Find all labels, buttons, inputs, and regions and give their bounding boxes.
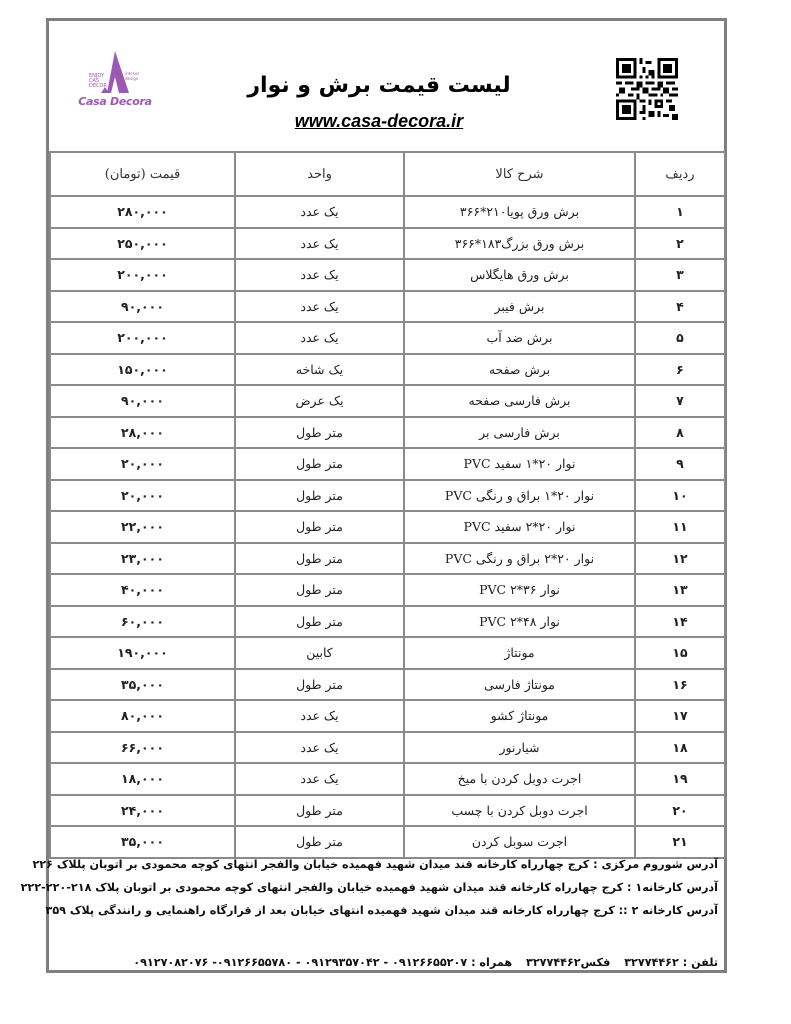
row-number: ۱۲ xyxy=(635,543,725,575)
item-description: برش صفحه xyxy=(404,354,635,386)
item-price: ۲۴,۰۰۰ xyxy=(50,795,235,827)
item-unit: متر طول xyxy=(235,480,404,512)
item-unit: کابین xyxy=(235,637,404,669)
column-header-row-number: ردیف xyxy=(635,152,725,196)
table-row: ۴برش فیبریک عدد۹۰,۰۰۰ xyxy=(50,291,725,323)
item-description: برش ضد آب xyxy=(404,322,635,354)
website-link[interactable]: www.casa-decora.ir xyxy=(219,111,539,132)
column-header-description: شرح کالا xyxy=(404,152,635,196)
item-price: ۳۵,۰۰۰ xyxy=(50,669,235,701)
item-unit: متر طول xyxy=(235,795,404,827)
table-row: ۱برش ورق پویا۲۱۰*۳۶۶یک عدد۲۸۰,۰۰۰ xyxy=(50,196,725,228)
item-unit: متر طول xyxy=(235,417,404,449)
table-row: ۱۰نوار ۲۰*۱ براق و رنگی PVCمتر طول۲۰,۰۰۰ xyxy=(50,480,725,512)
item-description: برش فیبر xyxy=(404,291,635,323)
row-number: ۱۱ xyxy=(635,511,725,543)
item-unit: یک شاخه xyxy=(235,354,404,386)
table-row: ۱۴نوار ۴۸*۲ PVCمتر طول۶۰,۰۰۰ xyxy=(50,606,725,638)
item-unit: متر طول xyxy=(235,574,404,606)
row-number: ۷ xyxy=(635,385,725,417)
item-description: برش ورق هایگلاس xyxy=(404,259,635,291)
contact-numbers: تلفن : ۳۲۷۷۴۴۶۲ فکس۳۲۷۷۴۴۶۲ همراه : ۰۹۱۲… xyxy=(123,956,718,969)
item-price: ۲۰,۰۰۰ xyxy=(50,480,235,512)
address-showroom: آدرس شوروم مرکزی : کرج چهارراه کارخانه ق… xyxy=(32,858,718,871)
item-unit: یک عدد xyxy=(235,196,404,228)
row-number: ۲۰ xyxy=(635,795,725,827)
item-unit: یک عدد xyxy=(235,322,404,354)
item-price: ۶۰,۰۰۰ xyxy=(50,606,235,638)
item-description: برش فارسی بر xyxy=(404,417,635,449)
item-price: ۸۰,۰۰۰ xyxy=(50,700,235,732)
row-number: ۹ xyxy=(635,448,725,480)
item-unit: یک عدد xyxy=(235,259,404,291)
item-description: برش فارسی صفحه xyxy=(404,385,635,417)
item-price: ۲۵۰,۰۰۰ xyxy=(50,228,235,260)
row-number: ۳ xyxy=(635,259,725,291)
table-row: ۱۳نوار ۳۶*۲ PVCمتر طول۴۰,۰۰۰ xyxy=(50,574,725,606)
item-unit: متر طول xyxy=(235,448,404,480)
item-unit: متر طول xyxy=(235,606,404,638)
row-number: ۱۴ xyxy=(635,606,725,638)
item-price: ۱۵۰,۰۰۰ xyxy=(50,354,235,386)
row-number: ۶ xyxy=(635,354,725,386)
item-description: نوار ۲۰*۲ براق و رنگی PVC xyxy=(404,543,635,575)
item-price: ۲۳,۰۰۰ xyxy=(50,543,235,575)
item-unit: یک عدد xyxy=(235,700,404,732)
table-row: ۱۶مونتاژ فارسیمتر طول۳۵,۰۰۰ xyxy=(50,669,725,701)
item-description: اجرت دوبل کردن با میخ xyxy=(404,763,635,795)
fax-number: فکس۳۲۷۷۴۴۶۲ xyxy=(526,956,610,969)
row-number: ۱۵ xyxy=(635,637,725,669)
table-row: ۷برش فارسی صفحهیک عرض۹۰,۰۰۰ xyxy=(50,385,725,417)
row-number: ۱۷ xyxy=(635,700,725,732)
address-factory-2: آدرس کارخانه ۲ :: کرج چهارراه کارخانه قن… xyxy=(46,904,719,917)
item-description: شیارنور xyxy=(404,732,635,764)
item-unit: متر طول xyxy=(235,543,404,575)
table-row: ۲۰اجرت دوبل کردن با چسبمتر طول۲۴,۰۰۰ xyxy=(50,795,725,827)
item-unit: یک عدد xyxy=(235,763,404,795)
item-description: مونتاژ کشو xyxy=(404,700,635,732)
column-header-price: قیمت (تومان) xyxy=(50,152,235,196)
row-number: ۱ xyxy=(635,196,725,228)
page-title: لیست قیمت برش و نوار xyxy=(219,73,539,98)
item-price: ۲۸۰,۰۰۰ xyxy=(50,196,235,228)
item-unit: متر طول xyxy=(235,669,404,701)
item-description: مونتاژ xyxy=(404,637,635,669)
contact-footer: آدرس شوروم مرکزی : کرج چهارراه کارخانه ق… xyxy=(49,831,724,973)
item-description: اجرت دوبل کردن با چسب xyxy=(404,795,635,827)
row-number: ۴ xyxy=(635,291,725,323)
item-description: نوار ۲۰*۱ سفید PVC xyxy=(404,448,635,480)
row-number: ۱۳ xyxy=(635,574,725,606)
item-price: ۴۰,۰۰۰ xyxy=(50,574,235,606)
row-number: ۱۸ xyxy=(635,732,725,764)
price-table: ردیف شرح کالا واحد قیمت (تومان) ۱برش ورق… xyxy=(49,151,726,859)
item-unit: یک عدد xyxy=(235,291,404,323)
item-unit: یک عدد xyxy=(235,228,404,260)
table-row: ۶برش صفحهیک شاخه۱۵۰,۰۰۰ xyxy=(50,354,725,386)
item-price: ۲۰۰,۰۰۰ xyxy=(50,259,235,291)
item-unit: متر طول xyxy=(235,511,404,543)
item-description: برش ورق بزرگ۱۸۳*۳۶۶ xyxy=(404,228,635,260)
item-price: ۶۶,۰۰۰ xyxy=(50,732,235,764)
column-header-unit: واحد xyxy=(235,152,404,196)
item-price: ۲۰,۰۰۰ xyxy=(50,448,235,480)
row-number: ۱۰ xyxy=(635,480,725,512)
item-price: ۱۹۰,۰۰۰ xyxy=(50,637,235,669)
item-description: برش ورق پویا۲۱۰*۳۶۶ xyxy=(404,196,635,228)
table-row: ۳برش ورق هایگلاسیک عدد۲۰۰,۰۰۰ xyxy=(50,259,725,291)
table-row: ۱۹اجرت دوبل کردن با میخیک عدد۱۸,۰۰۰ xyxy=(50,763,725,795)
table-row: ۸برش فارسی برمتر طول۲۸,۰۰۰ xyxy=(50,417,725,449)
row-number: ۸ xyxy=(635,417,725,449)
row-number: ۵ xyxy=(635,322,725,354)
row-number: ۱۶ xyxy=(635,669,725,701)
brand-name: Casa Decora xyxy=(73,95,157,108)
table-header-row: ردیف شرح کالا واحد قیمت (تومان) xyxy=(50,152,725,196)
row-number: ۲ xyxy=(635,228,725,260)
item-description: نوار ۲۰*۲ سفید PVC xyxy=(404,511,635,543)
item-price: ۱۸,۰۰۰ xyxy=(50,763,235,795)
table-row: ۲برش ورق بزرگ۱۸۳*۳۶۶یک عدد۲۵۰,۰۰۰ xyxy=(50,228,725,260)
address-factory-1: آدرس کارخانه۱ : کرج چهارراه کارخانه قند … xyxy=(21,881,718,894)
row-number: ۱۹ xyxy=(635,763,725,795)
table-row: ۱۸شیارنوریک عدد۶۶,۰۰۰ xyxy=(50,732,725,764)
item-description: مونتاژ فارسی xyxy=(404,669,635,701)
qr-code-icon[interactable] xyxy=(616,58,678,120)
table-row: ۱۱نوار ۲۰*۲ سفید PVCمتر طول۲۲,۰۰۰ xyxy=(50,511,725,543)
item-price: ۲۰۰,۰۰۰ xyxy=(50,322,235,354)
phone-number: تلفن : ۳۲۷۷۴۴۶۲ xyxy=(624,956,718,969)
item-price: ۲۲,۰۰۰ xyxy=(50,511,235,543)
item-price: ۲۸,۰۰۰ xyxy=(50,417,235,449)
casa-decora-logo-icon: ENJOY CAS DECOR interior design Casa Dec… xyxy=(73,49,157,119)
table-row: ۱۵مونتاژکابین۱۹۰,۰۰۰ xyxy=(50,637,725,669)
item-description: نوار ۳۶*۲ PVC xyxy=(404,574,635,606)
table-row: ۱۲نوار ۲۰*۲ براق و رنگی PVCمتر طول۲۳,۰۰۰ xyxy=(50,543,725,575)
item-unit: یک عدد xyxy=(235,732,404,764)
document-header: ENJOY CAS DECOR interior design Casa Dec… xyxy=(49,21,724,153)
mobile-numbers: همراه : ۰۹۱۲۶۶۵۵۲۰۷ - ۰۹۱۲۹۳۵۷۰۴۲ - ۰۹۱۲… xyxy=(133,956,512,969)
price-list-document: ENJOY CAS DECOR interior design Casa Dec… xyxy=(46,18,727,973)
item-description: نوار ۴۸*۲ PVC xyxy=(404,606,635,638)
table-row: ۹نوار ۲۰*۱ سفید PVCمتر طول۲۰,۰۰۰ xyxy=(50,448,725,480)
svg-text:DECOR: DECOR xyxy=(89,83,107,89)
table-row: ۱۷مونتاژ کشویک عدد۸۰,۰۰۰ xyxy=(50,700,725,732)
item-price: ۹۰,۰۰۰ xyxy=(50,291,235,323)
table-row: ۵برش ضد آبیک عدد۲۰۰,۰۰۰ xyxy=(50,322,725,354)
item-description: نوار ۲۰*۱ براق و رنگی PVC xyxy=(404,480,635,512)
item-price: ۹۰,۰۰۰ xyxy=(50,385,235,417)
item-unit: یک عرض xyxy=(235,385,404,417)
svg-text:design: design xyxy=(125,76,139,81)
